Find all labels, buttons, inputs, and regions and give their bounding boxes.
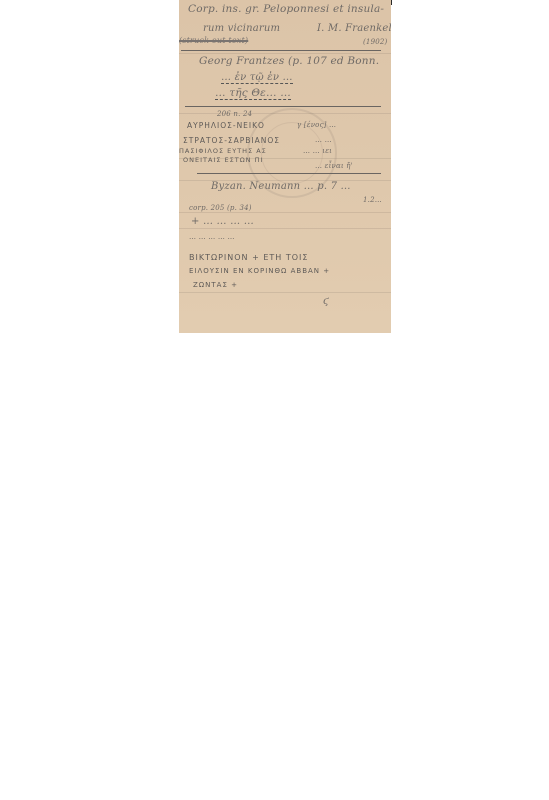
note-line: … τῆς Θε… … — [215, 87, 291, 100]
ruled-line — [179, 212, 391, 213]
note-line: γ [ένος] … — [297, 121, 336, 129]
note-mark: ϛ — [323, 296, 329, 307]
inscription-line: ΠΑΣΙΦΙΛΟΣ ΕΥΤΗΣ ΑΣ — [179, 147, 267, 155]
divider — [197, 173, 381, 174]
divider — [185, 106, 381, 107]
inscription-line: ΖΩΝΤΑΣ + — [193, 281, 238, 289]
note-line: … … … … … — [189, 233, 235, 241]
ruled-line — [179, 292, 391, 293]
ruled-line — [179, 228, 391, 229]
note-line: rum vicinarum — [203, 23, 280, 34]
inscription-line: ΒΙΚΤΩΡΙΝΟΝ + ΕΤΗ ΤΟΙΣ — [189, 253, 308, 262]
note-line: (1902) — [363, 38, 387, 46]
note-line: … ἐν τῷ ἐν … — [221, 72, 293, 84]
note-line: Byzan. Neumann … p. 7 … — [211, 181, 351, 192]
note-line: 206 n. 24 — [217, 110, 252, 118]
inscription-line: ΕΙΛΟΥΣΙΝ ΕΝ ΚΟΡΙΝΘΩ ΑΒΒΑΝ + — [189, 267, 330, 275]
note-card: Corp. ins. gr. Peloponnesi et insula- ru… — [179, 0, 391, 333]
note-line: … … — [315, 136, 332, 144]
inscription-line: ΣΤΡΑΤΟΣ-ΣΑΡΒΙΑΝΟΣ — [183, 136, 280, 145]
note-line: 1.2… — [363, 196, 382, 204]
ruled-line — [179, 53, 391, 54]
inscription-line: ΟΝΕΙΤΑΙΣ ΕΣΤΩΝ ΠΙ — [183, 156, 263, 164]
note-line: corp. 205 (p. 34) — [189, 204, 252, 212]
note-line: + … … … … — [191, 216, 254, 227]
note-line: … … ιει — [303, 147, 332, 155]
note-line: I. M. Fraenkel — [317, 23, 391, 34]
divider — [181, 50, 381, 51]
note-line: … εἶναι ἤ' — [315, 162, 353, 170]
struck-line: (struck-out text) — [179, 36, 248, 45]
inscription-line: ΑΥΡΗΛΙΟΣ-ΝΕΙΚΟ — [187, 121, 265, 130]
note-line: Corp. ins. gr. Peloponnesi et insula- — [188, 3, 384, 15]
note-line: Georg Frantzes (p. 107 ed Bonn. — [199, 55, 379, 67]
